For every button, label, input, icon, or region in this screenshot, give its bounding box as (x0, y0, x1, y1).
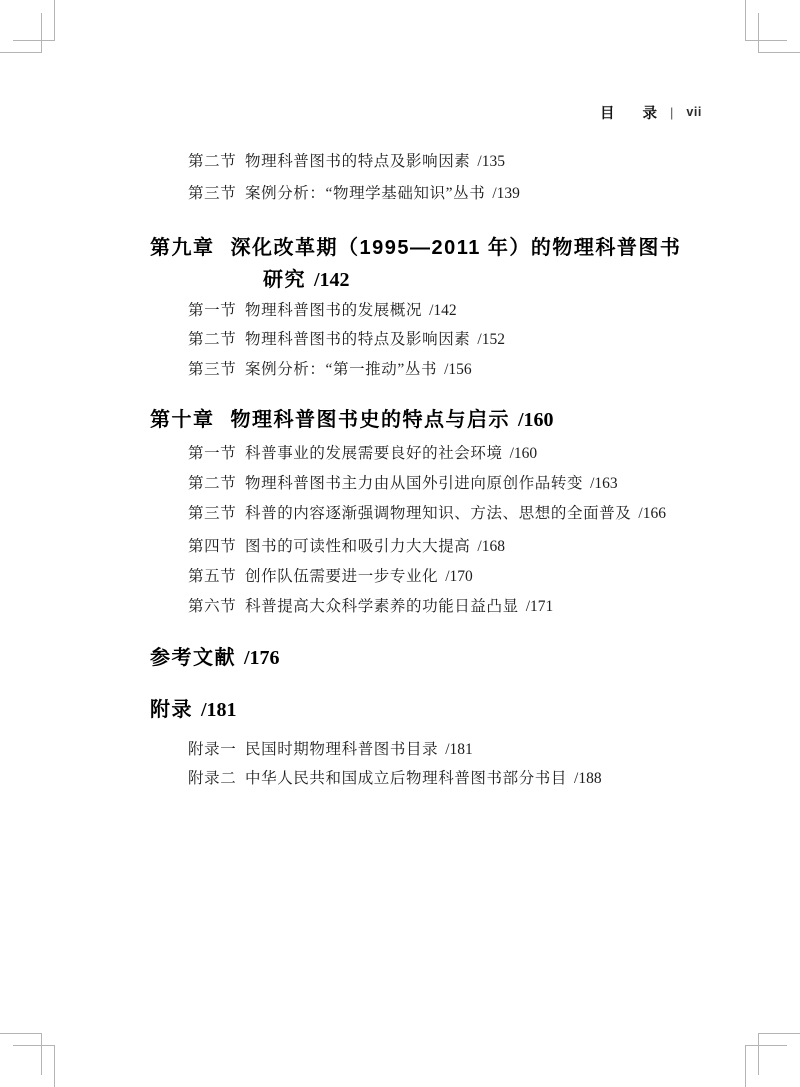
toc-entry-section: 第三节案例分析：“第一推动”丛书/156 (188, 361, 472, 380)
entry-title: 物理科普图书的发展概况 (245, 302, 422, 319)
crop-mark-bottom-right-inner (758, 1033, 800, 1075)
toc-entry-section: 第二节物理科普图书的特点及影响因素/135 (188, 153, 505, 172)
entry-page-number: /168 (477, 538, 505, 555)
crop-mark-top-left-inner (0, 13, 42, 53)
toc-page: 目 录 | vii 第二节物理科普图书的特点及影响因素/135 第三节案例分析：… (0, 0, 800, 1087)
entry-title: 民国时期物理科普图书目录 (245, 741, 438, 758)
entry-label: 附录一 (188, 741, 245, 760)
toc-entry-chapter: 第十章物理科普图书史的特点与启示/160 (150, 408, 554, 432)
entry-label: 第三节 (188, 505, 245, 524)
entry-title: 中华人民共和国成立后物理科普图书部分书目 (245, 770, 567, 787)
entry-page-number: /163 (590, 475, 618, 492)
entry-label: 第二节 (188, 153, 245, 172)
entry-page-number: /160 (518, 409, 554, 431)
entry-label: 第二节 (188, 331, 245, 350)
page-number: vii (686, 105, 701, 119)
entry-page-number: /142 (429, 302, 457, 319)
entry-title: 物理科普图书主力由从国外引进向原创作品转变 (245, 475, 583, 492)
entry-label: 第六节 (188, 598, 245, 617)
toc-entry-section: 第三节案例分析：“物理学基础知识”丛书/139 (188, 185, 520, 204)
entry-label: 第三节 (188, 185, 245, 204)
entry-title: 物理科普图书的特点及影响因素 (245, 331, 470, 348)
entry-title: 附录 (150, 699, 193, 721)
entry-title: 图书的可读性和吸引力大大提高 (245, 538, 470, 555)
entry-page-number: /170 (445, 568, 473, 585)
toc-entry-section: 第五节创作队伍需要进一步专业化/170 (188, 568, 473, 587)
entry-label: 第一节 (188, 445, 245, 464)
toc-entry-appendix: 附录/181 (150, 698, 237, 722)
entry-page-number: /188 (574, 770, 602, 787)
entry-label: 第五节 (188, 568, 245, 587)
entry-page-number: /181 (445, 741, 473, 758)
header-separator: | (670, 105, 673, 120)
toc-entry-section: 第一节物理科普图书的发展概况/142 (188, 302, 457, 321)
entry-title: 创作队伍需要进一步专业化 (245, 568, 438, 585)
entry-title: 科普事业的发展需要良好的社会环境 (245, 445, 503, 462)
entry-title: 研究 (263, 269, 306, 291)
entry-page-number: /139 (492, 185, 520, 202)
entry-page-number: /156 (444, 361, 472, 378)
entry-title: 科普的内容逐渐强调物理知识、方法、思想的全面普及 (245, 505, 631, 522)
running-head: 目 录 | vii (600, 103, 702, 121)
entry-page-number: /160 (510, 445, 538, 462)
entry-label: 第二节 (188, 475, 245, 494)
toc-entry-section: 附录一民国时期物理科普图书目录/181 (188, 741, 473, 760)
entry-label: 附录二 (188, 770, 245, 789)
toc-entry-section: 第一节科普事业的发展需要良好的社会环境/160 (188, 445, 537, 464)
crop-mark-top-right-inner (758, 13, 800, 53)
entry-title: 物理科普图书史的特点与启示 (231, 409, 511, 431)
entry-page-number: /166 (638, 505, 666, 522)
toc-entry-section: 第二节物理科普图书的特点及影响因素/152 (188, 331, 505, 350)
entry-title: 参考文献 (150, 647, 236, 669)
entry-page-number: /135 (477, 153, 505, 170)
toc-entry-chapter-continuation: 研究/142 (263, 268, 350, 292)
entry-title: 科普提高大众科学素养的功能日益凸显 (245, 598, 519, 615)
entry-label: 第三节 (188, 361, 245, 380)
entry-title: 深化改革期（1995—2011 年）的物理科普图书 (231, 237, 682, 259)
header-title-char-2: 录 (643, 102, 658, 123)
entry-label: 第四节 (188, 538, 245, 557)
entry-title: 案例分析：“第一推动”丛书 (245, 361, 437, 378)
header-title-char-1: 目 (600, 102, 615, 123)
toc-entry-chapter: 第九章深化改革期（1995—2011 年）的物理科普图书 (150, 236, 681, 260)
entry-label: 第十章 (150, 409, 215, 431)
toc-entry-section: 第三节科普的内容逐渐强调物理知识、方法、思想的全面普及/166 (188, 505, 666, 524)
entry-title: 案例分析：“物理学基础知识”丛书 (245, 185, 485, 202)
toc-entry-section: 附录二中华人民共和国成立后物理科普图书部分书目/188 (188, 770, 602, 789)
entry-page-number: /152 (477, 331, 505, 348)
entry-page-number: /181 (201, 699, 237, 721)
toc-entry-section: 第六节科普提高大众科学素养的功能日益凸显/171 (188, 598, 553, 617)
entry-page-number: /171 (526, 598, 554, 615)
entry-page-number: /142 (314, 269, 350, 291)
toc-entry-references: 参考文献/176 (150, 646, 280, 670)
toc-entry-section: 第二节物理科普图书主力由从国外引进向原创作品转变/163 (188, 475, 618, 494)
crop-mark-bottom-left-inner (0, 1033, 42, 1075)
entry-label: 第一节 (188, 302, 245, 321)
toc-entry-section: 第四节图书的可读性和吸引力大大提高/168 (188, 538, 505, 557)
entry-label: 第九章 (150, 237, 215, 259)
entry-page-number: /176 (244, 647, 280, 669)
entry-title: 物理科普图书的特点及影响因素 (245, 153, 470, 170)
